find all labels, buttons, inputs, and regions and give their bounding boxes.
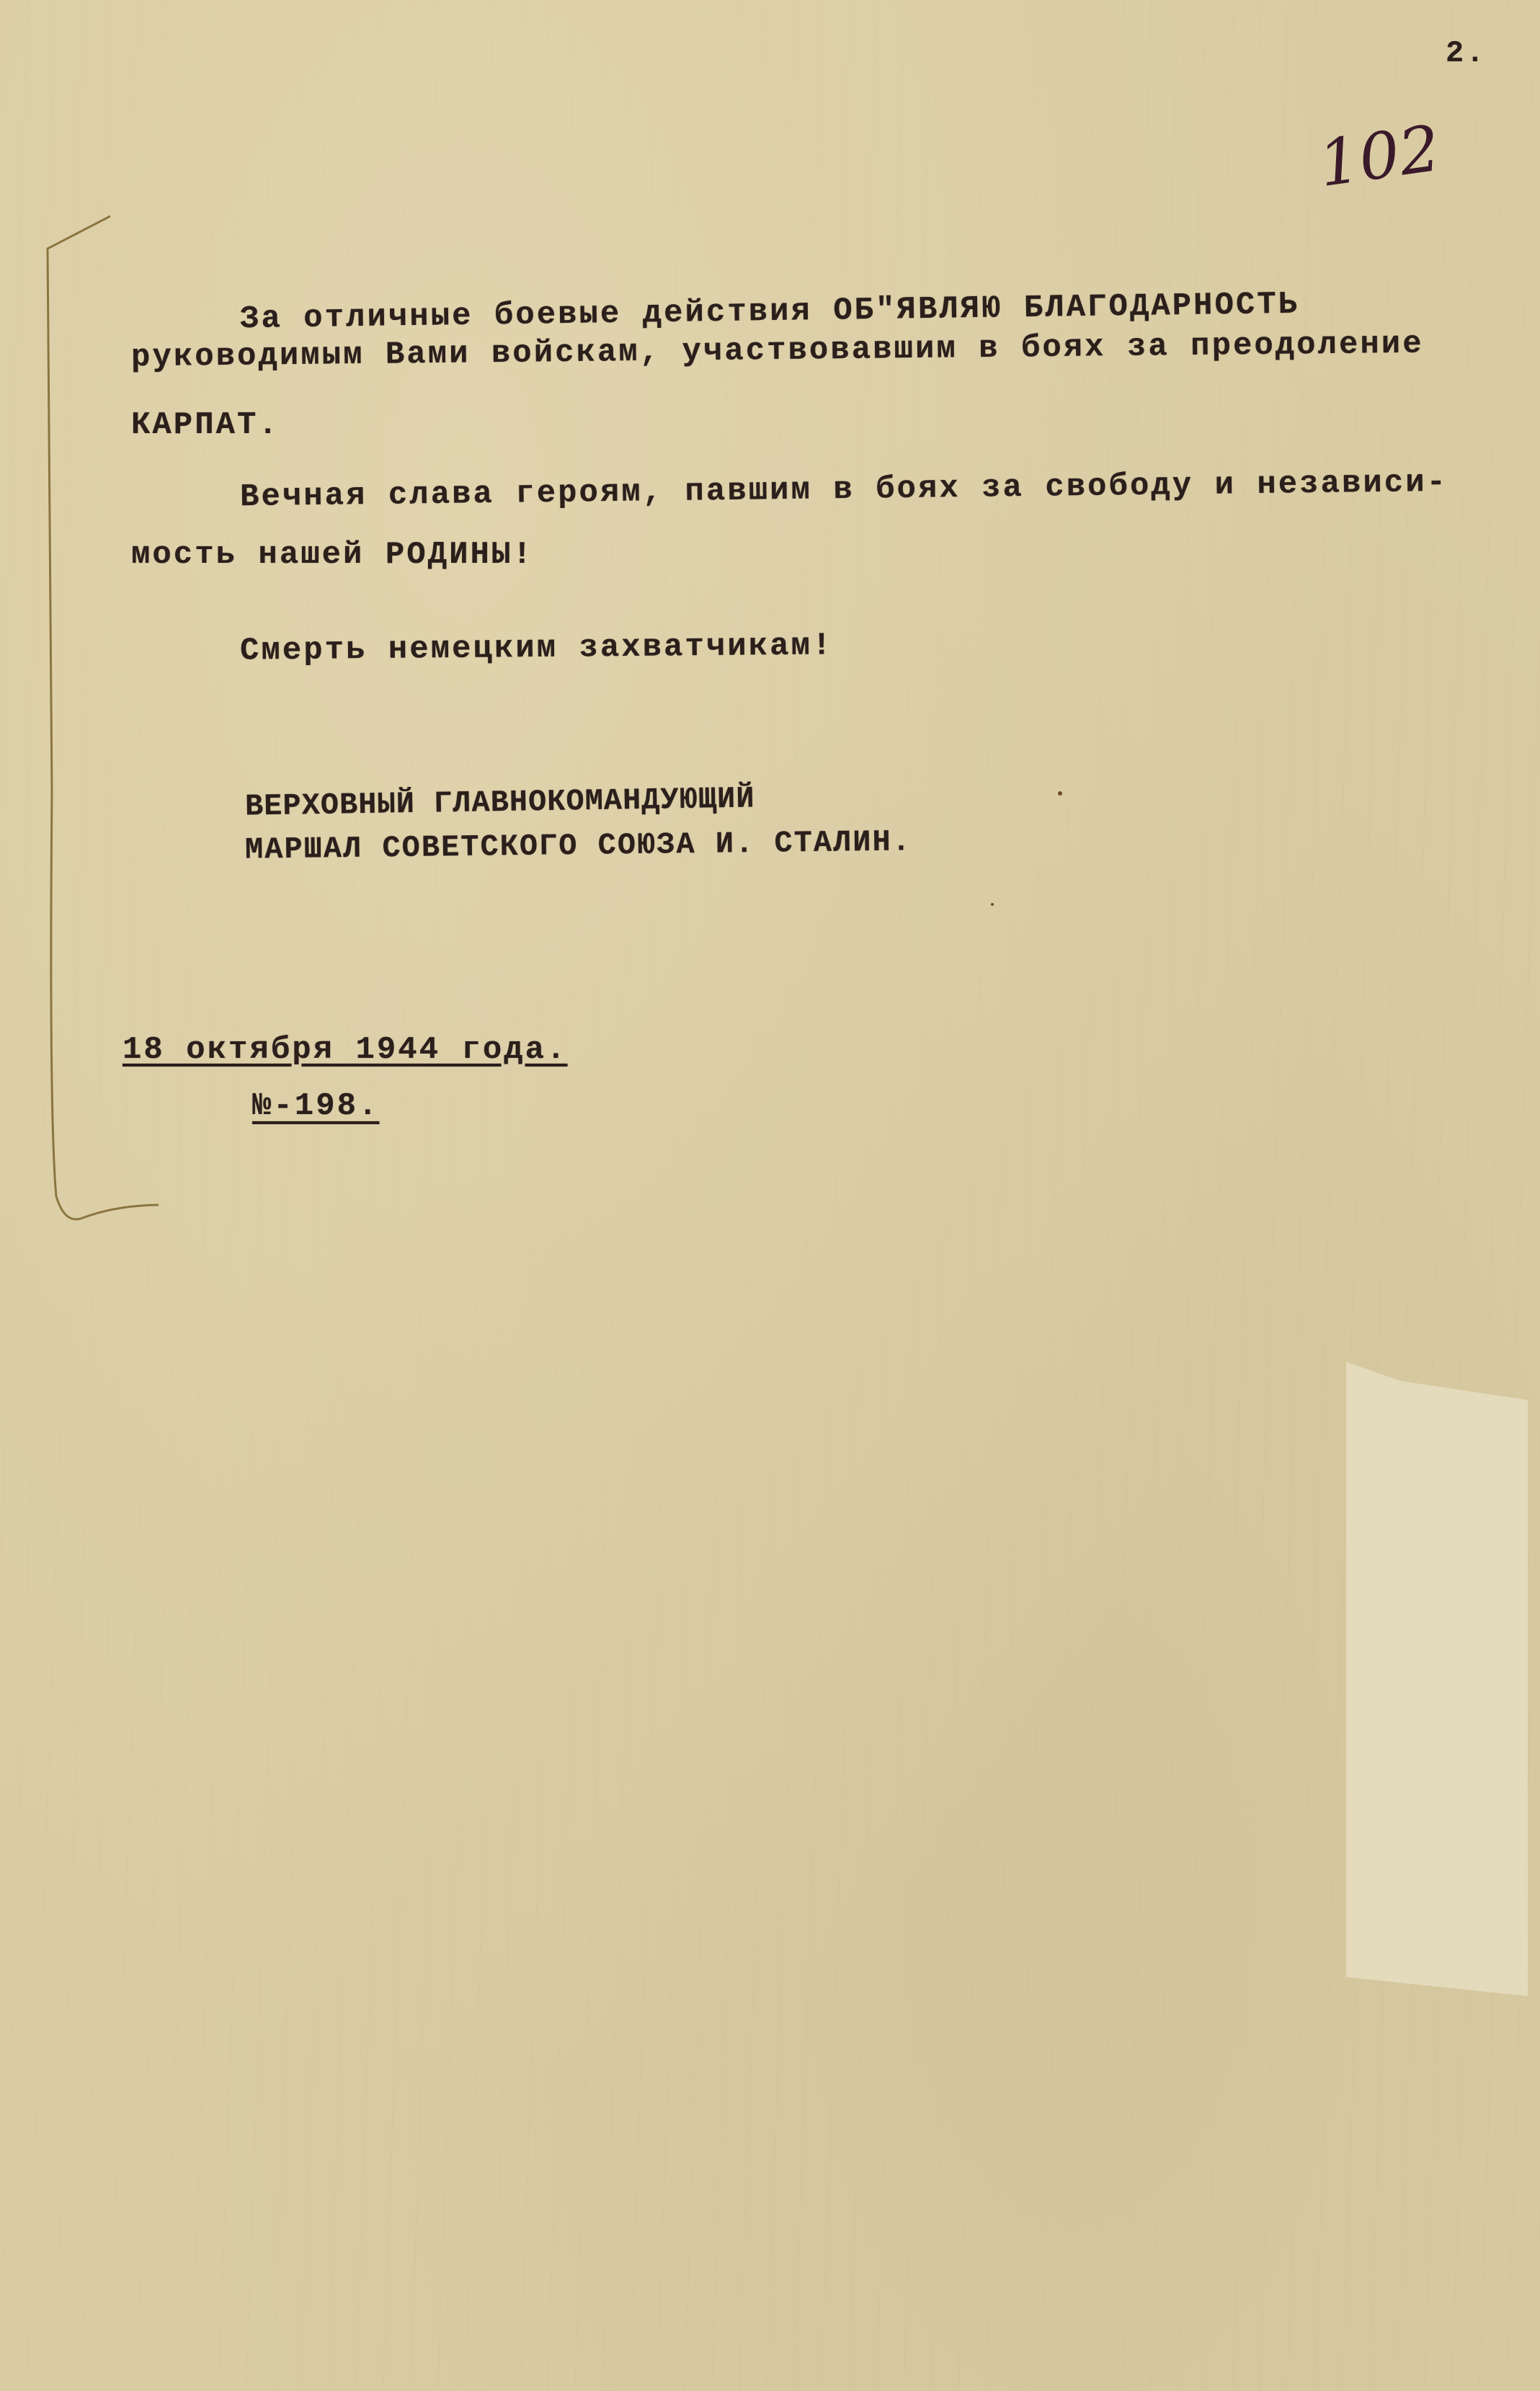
margin-bracket-line <box>0 0 216 1297</box>
ink-speck <box>1058 791 1062 796</box>
paragraph-2-line-2: мость нашей РОДИНЫ! <box>131 537 534 573</box>
signature-title: ВЕРХОВНЫЙ ГЛАВНОКОМАНДУЮЩИЙ <box>245 781 755 824</box>
ink-speck <box>991 903 994 906</box>
paragraph-2-line-1: Вечная слава героям, павшим в боях за св… <box>240 465 1448 515</box>
paragraph-3-line-1: Смерть немецким захватчикам! <box>240 628 834 669</box>
repair-tape-patch <box>1346 1362 1528 1996</box>
archive-folio-annotation: 102 <box>1314 111 1445 201</box>
page-number: 2. <box>1446 36 1486 71</box>
signature-name: МАРШАЛ СОВЕТСКОГО СОЮЗА И. СТАЛИН. <box>245 824 912 867</box>
paragraph-1-line-3: КАРПАТ. <box>131 407 280 443</box>
order-number: №-198. <box>252 1088 379 1124</box>
order-date: 18 октября 1944 года. <box>123 1032 568 1068</box>
